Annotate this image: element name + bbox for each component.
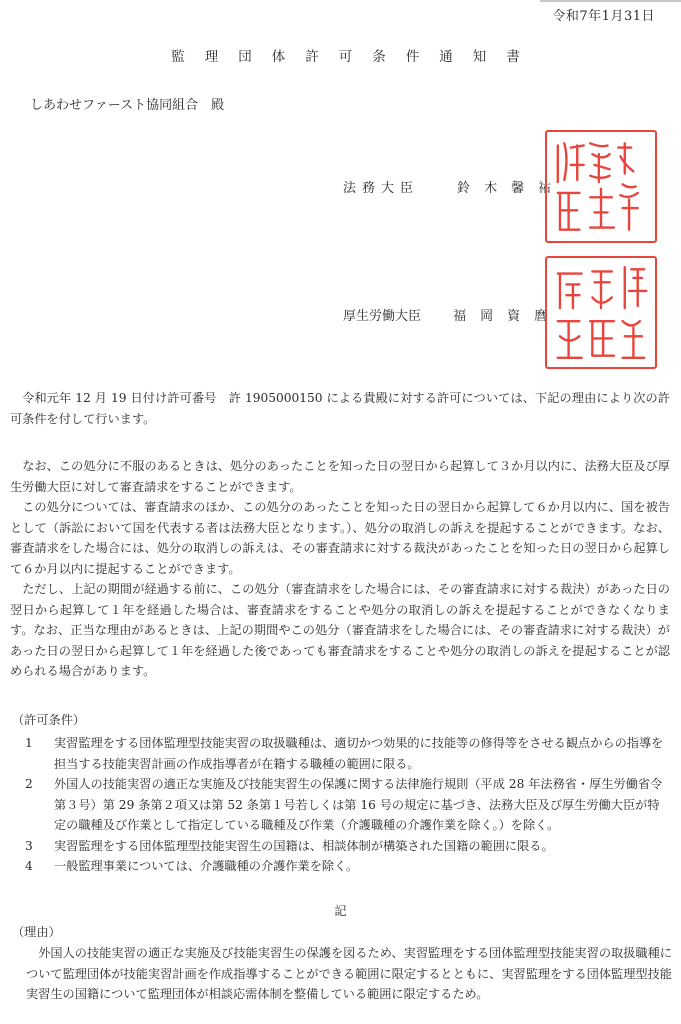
appeal-notice-paragraph: なお、この処分に不服のあるときは、処分のあったことを知った日の翌日から起算して３… (10, 456, 670, 497)
condition-item: 2 外国人の技能実習の適正な実施及び技能実習生の保護に関する法律施行規則（平成 … (22, 774, 670, 836)
condition-text: 実習監理をする団体監理型技能実習生の国籍は、相談体制が構築された国籍の範囲に限る… (54, 836, 670, 857)
official-seal-icon (545, 256, 657, 369)
condition-number: 1 (22, 733, 54, 774)
document-title: 監理団体許可条件通知書 (0, 45, 681, 65)
addressee: しあわせファースト協同組合 殿 (30, 94, 224, 113)
intro-paragraph: 令和元年 12 月 19 日付け許可番号 許 1905000150 による貴殿に… (10, 388, 670, 429)
signatory-labor-minister: 厚生労働大臣 福岡資麿 (343, 305, 561, 324)
ki-marker: 記 (0, 902, 681, 919)
document-date: 令和7年1月31日 (552, 5, 655, 24)
conditions-list: 1 実習監理をする団体監理型技能実習の取扱職種は、適切かつ効果的に技能等の修得等… (22, 733, 670, 877)
conditions-heading: （許可条件） (12, 711, 85, 728)
reason-text: 外国人の技能実習の適正な実施及び技能実習生の保護を図るため、実習監理をする団体監… (26, 943, 672, 1005)
appeal-notice-paragraph: この処分については、審査請求のほか、この処分のあったことを知った日の翌日から起算… (10, 497, 670, 579)
condition-text: 一般監理事業については、介護職種の介護作業を除く。 (54, 856, 670, 877)
condition-text: 外国人の技能実習の適正な実施及び技能実習生の保護に関する法律施行規則（平成 28… (54, 774, 670, 836)
condition-number: 4 (22, 856, 54, 877)
signatory-role: 法務大臣 (343, 177, 419, 196)
intro-text: 令和元年 12 月 19 日付け許可番号 許 1905000150 による貴殿に… (10, 388, 670, 429)
reason-heading: （理由） (12, 923, 61, 940)
condition-number: 2 (22, 774, 54, 836)
official-seal-icon (545, 130, 657, 243)
condition-item: 4 一般監理事業については、介護職種の介護作業を除く。 (22, 856, 670, 877)
scan-edge-line (540, 0, 681, 2)
condition-item: 3 実習監理をする団体監理型技能実習生の国籍は、相談体制が構築された国籍の範囲に… (22, 836, 670, 857)
signatory-role: 厚生労働大臣 (343, 305, 421, 324)
appeal-notice: なお、この処分に不服のあるときは、処分のあったことを知った日の翌日から起算して３… (10, 456, 670, 682)
condition-item: 1 実習監理をする団体監理型技能実習の取扱職種は、適切かつ効果的に技能等の修得等… (22, 733, 670, 774)
condition-number: 3 (22, 836, 54, 857)
condition-text: 実習監理をする団体監理型技能実習の取扱職種は、適切かつ効果的に技能等の修得等をさ… (54, 733, 670, 774)
appeal-notice-paragraph: ただし、上記の期間が経過する前に、この処分（審査請求をした場合には、その審査請求… (10, 579, 670, 682)
signatory-justice-minister: 法務大臣 鈴木馨祐 (343, 177, 565, 196)
